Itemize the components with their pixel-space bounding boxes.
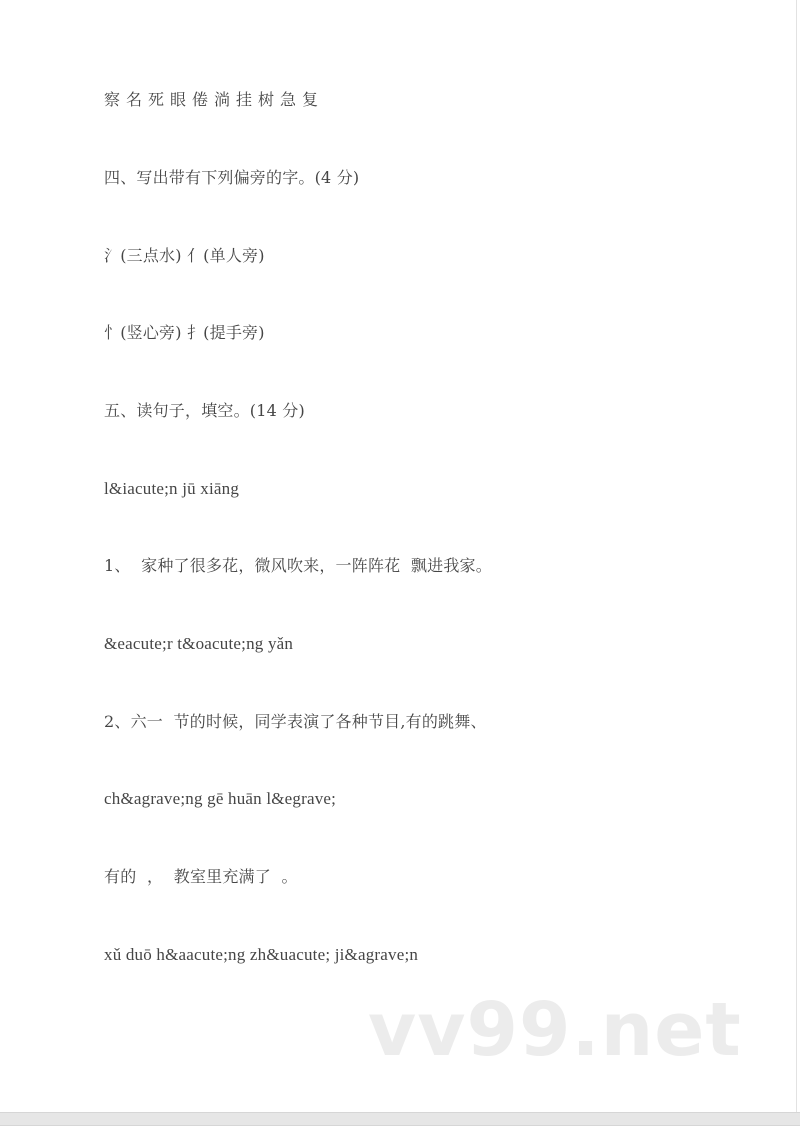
pinyin-line-4: xǔ duō h&aacute;ng zh&uacute; ji&agrave;…	[104, 944, 418, 966]
pinyin-line-2: &eacute;r t&oacute;ng yǎn	[104, 633, 293, 655]
document-page: 察名死眼倦淌挂树急复 四、写出带有下列偏旁的字。(4 分) 氵(三点水) 亻(单…	[0, 0, 797, 1112]
section-heading-4: 四、写出带有下列偏旁的字。(4 分)	[104, 167, 359, 189]
sentence-1: 1、 家种了很多花，微风吹来，一阵阵花 飘进我家。	[104, 555, 492, 577]
sentence-2: 2、六一 节的时候，同学表演了各种节目,有的跳舞、	[104, 711, 487, 733]
pinyin-line-1: l&iacute;n jū xiāng	[104, 478, 239, 500]
character-list: 察名死眼倦淌挂树急复	[104, 89, 324, 111]
watermark: vv99.net	[368, 990, 742, 1070]
sentence-3: 有的 ， 教室里充满了 。	[104, 866, 298, 888]
radical-prompt-row-2: 忄(竖心旁) 扌(提手旁)	[104, 322, 265, 344]
section-heading-5: 五、读句子，填空。(14 分)	[104, 400, 305, 422]
page-separator	[0, 1112, 800, 1126]
next-page-edge	[0, 1126, 800, 1137]
radical-prompt-row-1: 氵(三点水) 亻(单人旁)	[104, 245, 265, 267]
pinyin-line-3: ch&agrave;ng gē huān l&egrave;	[104, 788, 336, 810]
